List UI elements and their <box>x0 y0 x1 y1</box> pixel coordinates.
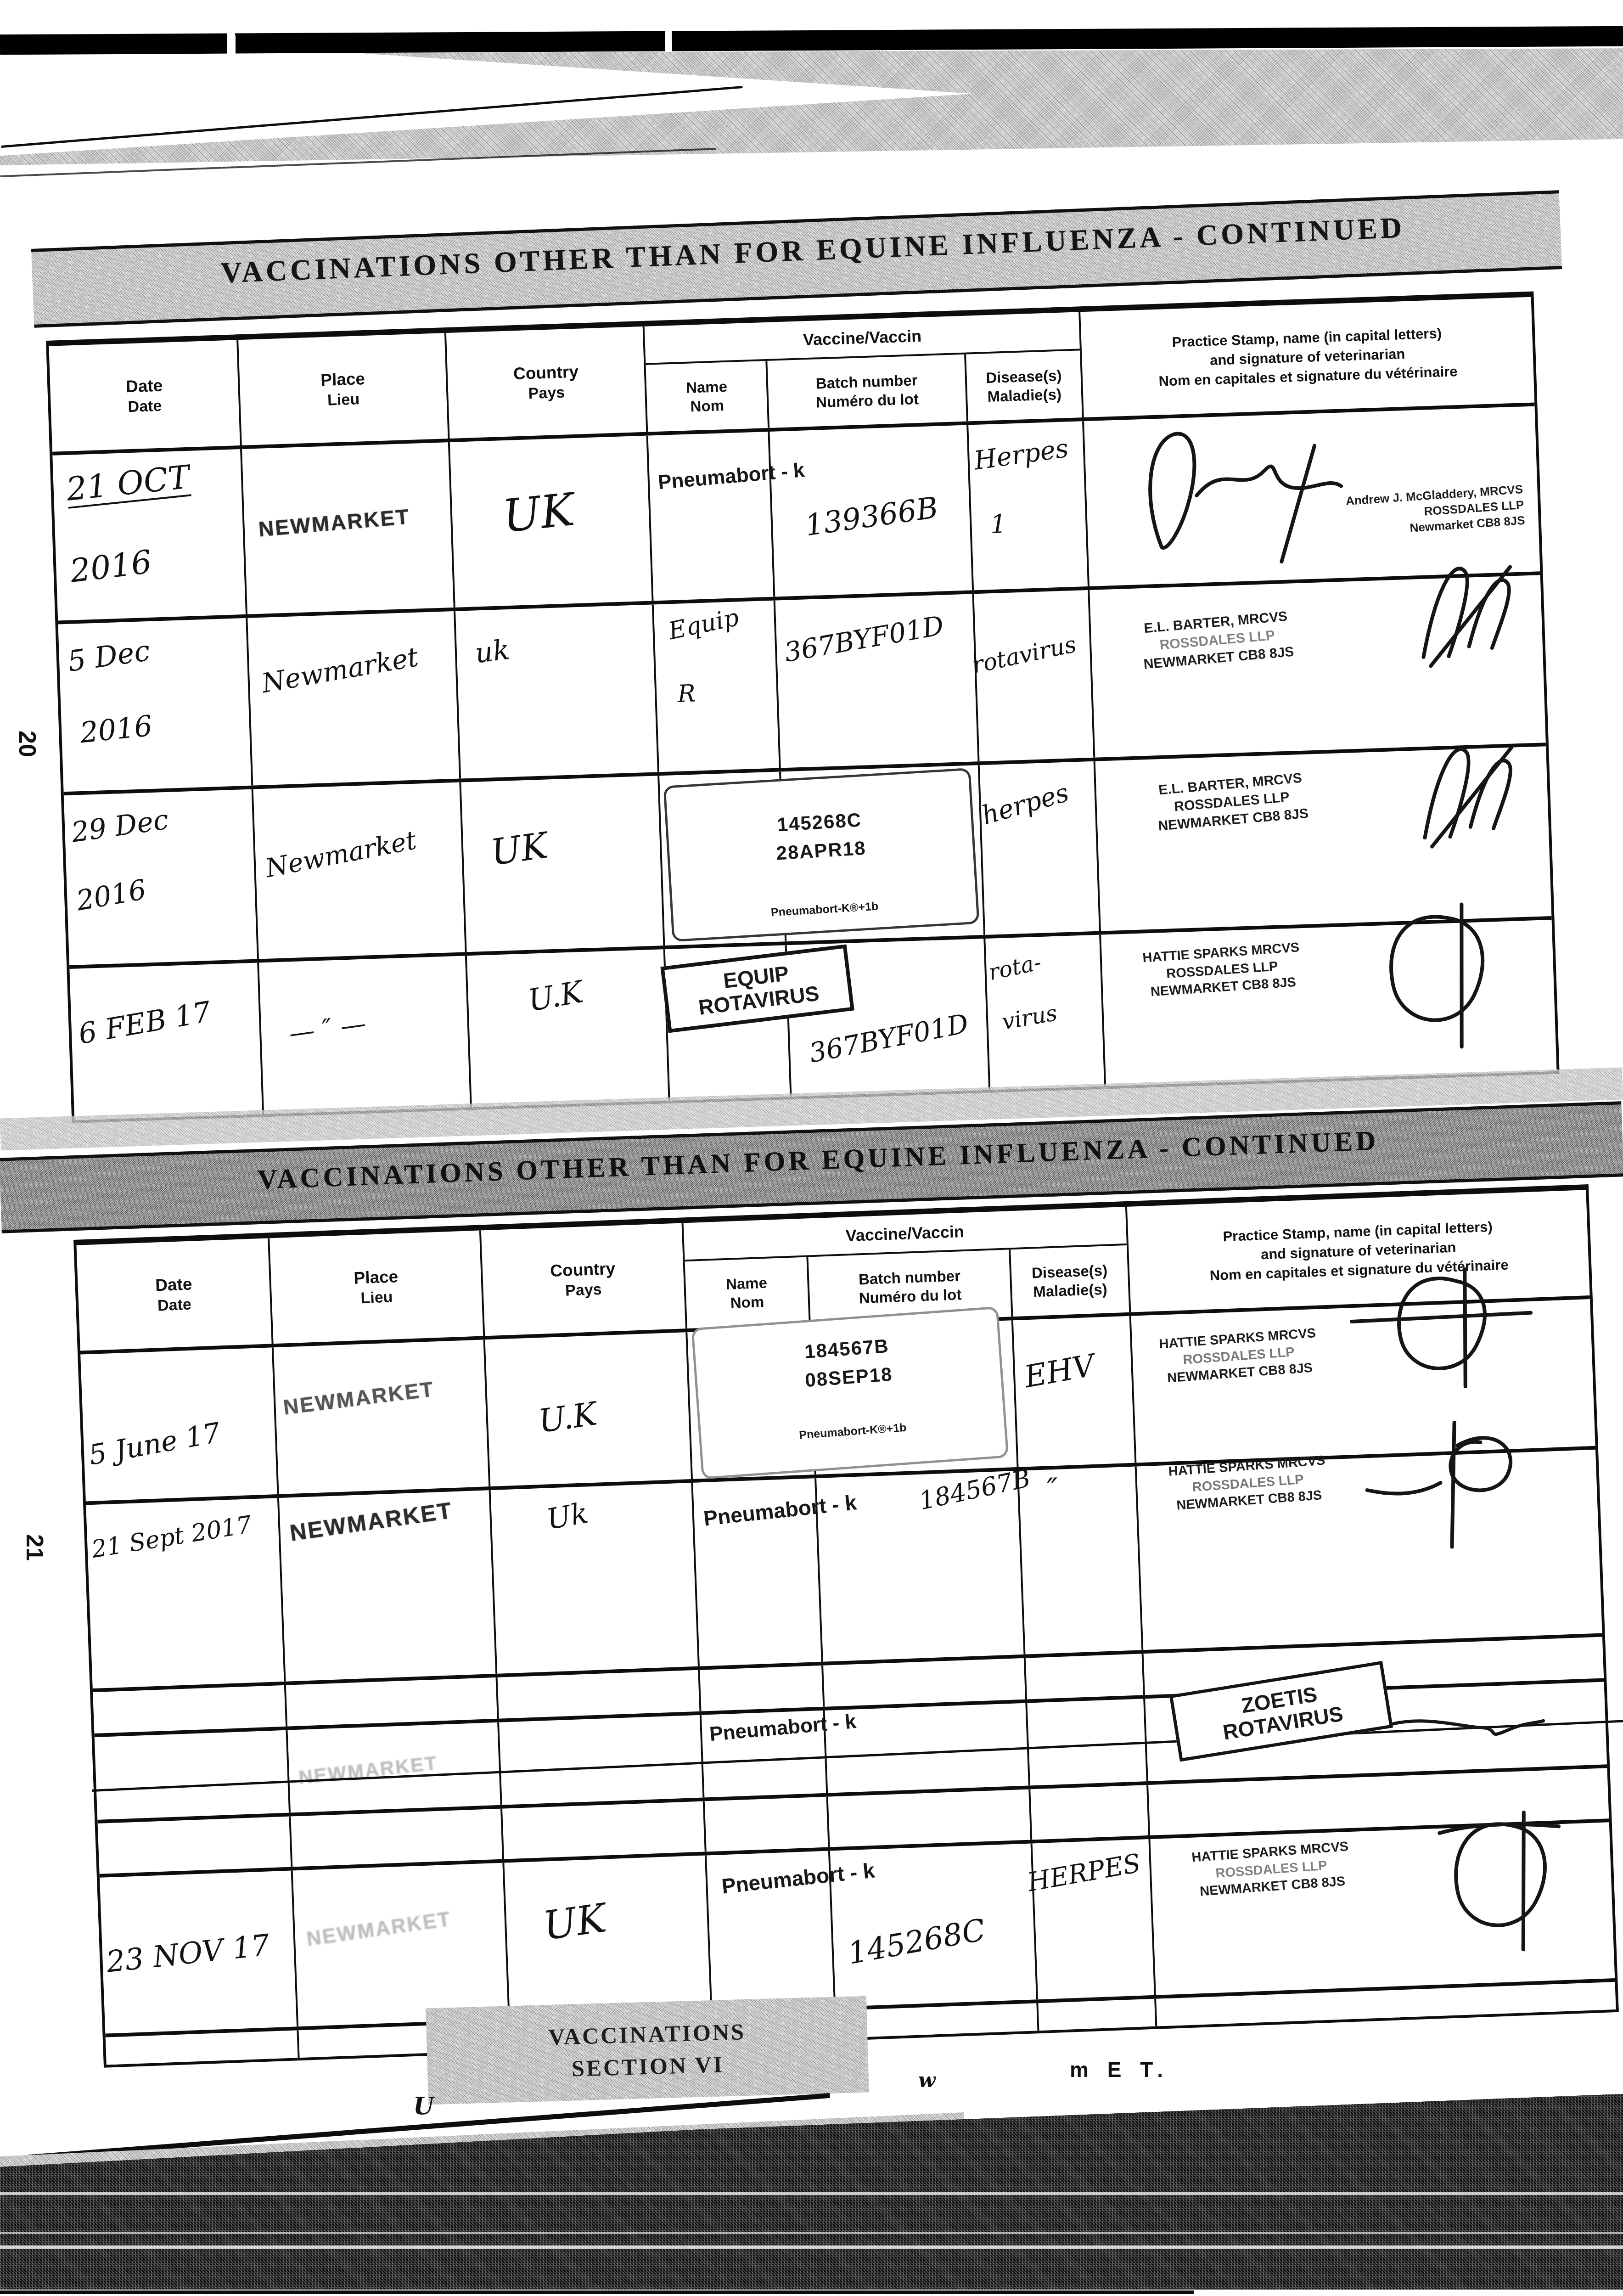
cell-country <box>497 1670 701 1719</box>
header-name: NameNom <box>685 1257 811 1328</box>
header-date: DateDate <box>49 340 242 452</box>
cell-date: 6 FEB 17 <box>69 962 264 1120</box>
vaccine-label-sticker: 145268C 28APR18 Pneumabort-K®+1b <box>663 768 980 942</box>
practice-stamp-text: HATTIE SPARKS MRCVS ROSSDALES LLP NEWMAR… <box>1158 1325 1319 1388</box>
scan-artifact-top-wedge <box>0 46 1623 165</box>
header-practice-stamp: Practice Stamp, name (in capital letters… <box>1080 297 1534 417</box>
header-batch: Batch numberNuméro du lot <box>768 355 968 428</box>
page-number-20: 20 <box>13 731 41 757</box>
section-vi-box: VACCINATIONS SECTION VI <box>426 1996 869 2105</box>
cell-vaccine-name: EQUIP ROTAVIRUS <box>665 945 792 1101</box>
cell-vaccine-name <box>700 1666 825 1711</box>
cell-practice-stamp: HATTIE SPARKS MRCVS ROSSDALES LLP NEWMAR… <box>1136 1450 1602 1650</box>
cell-country: U.K <box>485 1332 692 1486</box>
cell-batch-number <box>823 1658 1027 1707</box>
cell-place: — ″ — <box>259 956 472 1114</box>
scan-artifact-bottom-edge <box>0 2290 1194 2294</box>
cell-batch-number: 139366B <box>770 425 974 597</box>
cell-country: Uk <box>490 1483 699 1674</box>
cell-batch-number <box>828 1789 1033 1847</box>
cell-disease: herpes <box>980 761 1101 935</box>
cell-place <box>286 1677 499 1727</box>
cell-place: NEWMARKET <box>274 1339 490 1494</box>
cell-disease <box>1039 1999 1157 2031</box>
cell-batch-number: 367BYF01D <box>775 594 980 768</box>
cell-date <box>93 1685 287 1733</box>
practice-stamp-text: HATTIE SPARKS MRCVS ROSSDALES LLP NEWMAR… <box>1142 939 1302 1002</box>
cell-disease <box>1030 1785 1150 1840</box>
cell-vaccine-name: Pneumabort - k 184567B <box>693 1478 823 1666</box>
cell-vaccine-name: Pneumabort - k <box>648 432 775 601</box>
cell-vaccine-name <box>704 1797 830 1852</box>
cell-country: UK <box>461 776 665 952</box>
veterinarian-signature <box>1363 899 1505 1062</box>
veterinarian-signature <box>1355 1416 1526 1562</box>
cell-date: 21 Sept 2017 <box>86 1498 286 1688</box>
header-country: CountryPays <box>481 1223 687 1336</box>
cell-date <box>98 1816 293 1874</box>
cell-place: NEWMARKET <box>279 1490 497 1682</box>
header-place: PlaceLieu <box>270 1230 485 1344</box>
practice-stamp-text: E.L. BARTER, MRCVS ROSSDALES LLP NEWMARK… <box>1140 607 1295 674</box>
cell-vaccine-name: Pneumabort - k <box>707 1851 836 2011</box>
cell-vaccine-name: 184567B 08SEP18 Pneumabort-K®+1b <box>687 1328 816 1479</box>
practice-stamp-text: HATTIE SPARKS MRCVS ROSSDALES LLP NEWMAR… <box>1168 1452 1328 1515</box>
scanned-vaccination-record-page: VACCINATIONS OTHER THAN FOR EQUINE INFLU… <box>0 0 1623 2296</box>
cell-country <box>499 1715 704 1805</box>
practice-stamp-text: E.L. BARTER, MRCVS ROSSDALES LLP NEWMARK… <box>1154 769 1309 835</box>
header-name: NameNom <box>646 361 770 432</box>
cell-disease: EHV <box>1013 1316 1136 1467</box>
cell-country <box>502 1801 707 1859</box>
practice-stamp-text: HATTIE SPARKS MRCVS ROSSDALES LLP NEWMAR… <box>1191 1838 1351 1901</box>
cell-date: 5 June 17 <box>80 1347 279 1501</box>
cell-place: NEWMARKET <box>242 442 455 614</box>
handwritten-stroke <box>1389 1698 1546 1747</box>
stray-mark: w <box>918 2070 936 2091</box>
practice-stamp-text: Andrew J. McGladdery, MRCVS ROSSDALES LL… <box>1345 482 1526 540</box>
cell-date <box>95 1730 291 1820</box>
cell-vaccine-name: Equip R <box>654 601 781 772</box>
stray-mark: U <box>413 2094 434 2119</box>
page-number-21: 21 <box>21 1534 48 1561</box>
cell-place: Newmarket <box>253 782 466 959</box>
veterinarian-signature <box>1420 1806 1572 1965</box>
cell-date: 5 Dec 2016 <box>58 618 253 792</box>
cell-place: NEWMARKET <box>288 1722 502 1813</box>
cell-vaccine-name: 145268C 28APR18 Pneumabort-K®+1b <box>660 771 787 945</box>
header-disease: Disease(s)Maladie(s) <box>966 350 1084 421</box>
cell-practice-stamp: HATTIE SPARKS MRCVS ROSSDALES LLP NEWMAR… <box>1101 920 1556 1086</box>
veterinarian-signature <box>1130 417 1351 573</box>
cell-practice-stamp: HATTIE SPARKS MRCVS ROSSDALES LLP NEWMAR… <box>1150 1822 1615 1995</box>
cell-vaccine-name: Pneumabort - k <box>701 1711 828 1798</box>
cell-country: UK <box>449 436 654 608</box>
cell-disease: rota- virus <box>985 935 1106 1090</box>
cell-disease: ″ <box>1019 1466 1143 1654</box>
header-disease: Disease(s)Maladie(s) <box>1011 1245 1131 1317</box>
cell-date: 29 Dec 2016 <box>64 789 259 966</box>
veterinarian-signature <box>1403 729 1527 872</box>
cell-date: 23 NOV 17 <box>100 1870 298 2033</box>
cell-date: 21 OCT 2016 <box>52 449 247 621</box>
cell-country: uk <box>455 604 660 778</box>
cell-place: Newmarket <box>248 611 461 786</box>
vaccination-table-1: DateDate PlaceLieu CountryPays Vaccine/V… <box>46 292 1560 1124</box>
cell-disease <box>1026 1654 1145 1699</box>
cell-place <box>291 1809 504 1867</box>
cell-disease: Herpes 1 <box>968 421 1089 590</box>
cell-place: NEWMARKET <box>293 1863 510 2027</box>
stray-mark: m E T. <box>1070 2057 1169 2082</box>
cell-disease: rotavirus <box>974 590 1095 761</box>
cell-country: UK <box>504 1855 712 2019</box>
veterinarian-signature <box>1402 548 1526 692</box>
header-date: DateDate <box>76 1238 273 1351</box>
cell-country: U.K <box>467 949 671 1107</box>
header-place: PlaceLieu <box>239 333 450 445</box>
cell-disease: HERPES <box>1033 1839 1156 1999</box>
vaccination-table-2: DateDate PlaceLieu CountryPays Vaccine/V… <box>73 1184 1619 2068</box>
header-country: CountryPays <box>446 326 648 439</box>
vaccine-label-sticker: 184567B 08SEP18 Pneumabort-K®+1b <box>691 1306 1009 1480</box>
veterinarian-signature <box>1341 1260 1539 1407</box>
